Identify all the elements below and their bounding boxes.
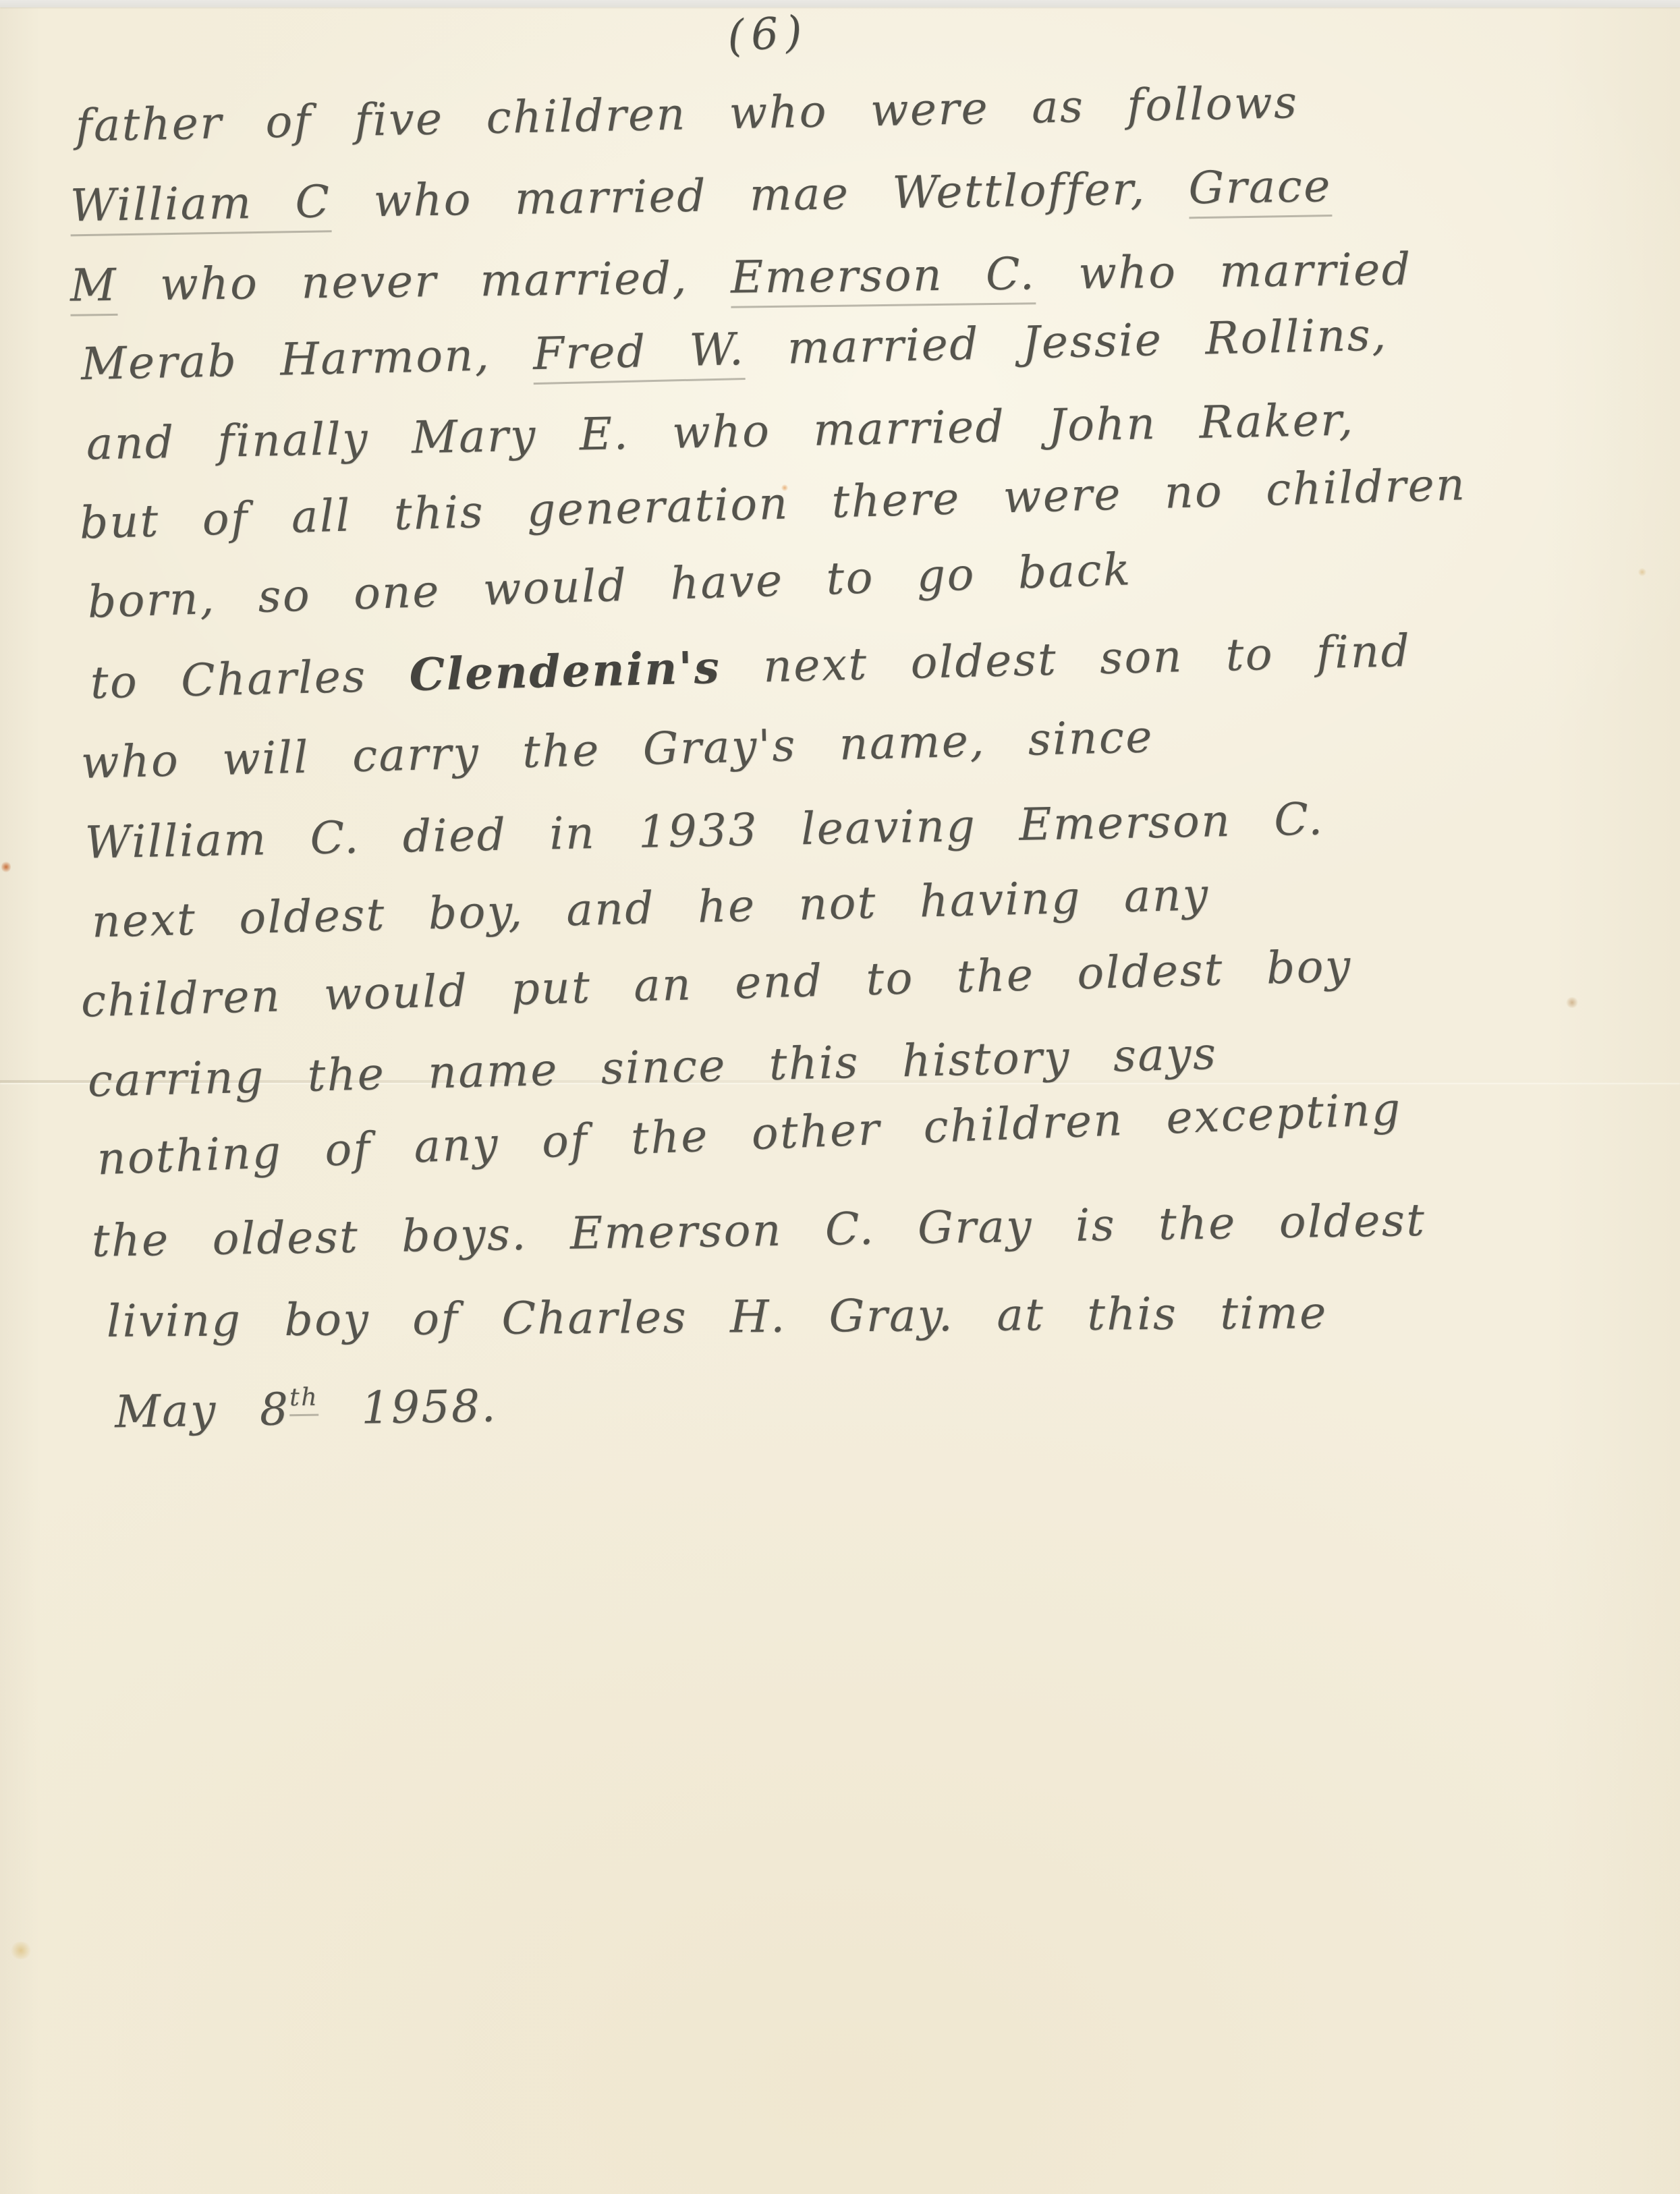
text-segment: who married xyxy=(1036,243,1412,300)
text-segment: next oldest son to find xyxy=(720,625,1411,694)
text-segment: the oldest boys. Emerson C. Gray is the … xyxy=(91,1194,1426,1267)
superscript-th: th xyxy=(289,1382,319,1417)
text-segment: married Jessie Rollins, xyxy=(744,308,1388,375)
handwritten-text: father of five children who were as foll… xyxy=(0,88,1680,1454)
underlined-text-grace: Grace xyxy=(1188,160,1332,219)
text-segment: father of five children who were as foll… xyxy=(75,76,1299,152)
underlined-text-fred-w: Fred W. xyxy=(532,323,746,385)
paper-stain xyxy=(9,1942,32,1959)
page-number: (6) xyxy=(726,7,811,62)
scan-edge-top xyxy=(0,0,1680,7)
text-segment: May 8 xyxy=(115,1383,290,1438)
text-segment: who never married, xyxy=(117,252,731,311)
text-segment: to Charles xyxy=(90,649,410,709)
overwritten-text-clendenins: Clendenin's xyxy=(409,641,721,701)
paper-page: (6) father of five children who were as … xyxy=(0,0,1680,2194)
underlined-text-m: M xyxy=(70,259,118,316)
text-segment: who will carry the Gray's name, since xyxy=(80,710,1154,789)
text-segment: who married mae Wettloffer, xyxy=(331,162,1189,227)
underlined-text-william-c: William C xyxy=(69,175,331,236)
text-segment: Merab Harmon, xyxy=(80,328,534,390)
text-segment: living boy of Charles H. Gray. at this t… xyxy=(107,1287,1328,1347)
underlined-text-emerson-c: Emerson C. xyxy=(730,248,1036,308)
text-segment: 1958. xyxy=(318,1380,498,1434)
